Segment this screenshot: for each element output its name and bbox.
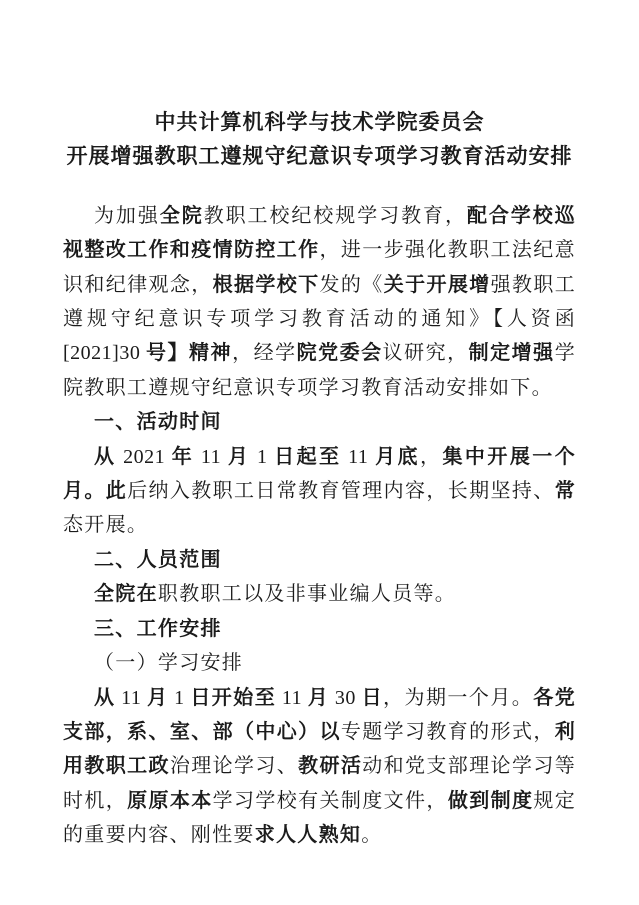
text-run: 二、人员范围: [94, 549, 222, 571]
text-run: 日开始至: [190, 687, 276, 709]
text-run: 1: [169, 687, 191, 709]
text-run: 11: [276, 687, 308, 709]
heading: 三、工作安排: [63, 612, 576, 646]
text-run: ，为期一个月。: [383, 687, 533, 709]
text-run: 议研究，: [383, 342, 469, 364]
text-run: 30: [329, 687, 361, 709]
text-run: 月: [308, 687, 329, 709]
text-run: 2021: [116, 446, 171, 468]
text-run: 教职工校纪校规学习教育，: [204, 205, 467, 227]
document-title-block: 中共计算机科学与技术学院委员会 开展增强教职工遵规守纪意识专项学习教育活动安排: [63, 106, 576, 175]
text-run: ，: [420, 446, 442, 468]
document-page: 中共计算机科学与技术学院委员会 开展增强教职工遵规守纪意识专项学习教育活动安排 …: [0, 0, 639, 905]
text-run: 月: [228, 446, 250, 468]
text-run: 做到制度: [448, 790, 534, 812]
text-run: 月底: [375, 446, 420, 468]
text-run: 一、活动时间: [94, 411, 222, 433]
paragraph: 全院在职教职工以及非事业编人员等。: [63, 577, 576, 611]
heading: 二、人员范围: [63, 543, 576, 577]
text-run: 从: [94, 687, 115, 709]
text-run: 根据学校下: [213, 274, 320, 296]
heading: 一、活动时间: [63, 405, 576, 439]
text-run: 号】精神: [146, 342, 232, 364]
text-run: 常: [555, 480, 576, 502]
text-run: ，经学: [232, 342, 297, 364]
text-run: 1: [250, 446, 274, 468]
text-run: 日起至: [274, 446, 341, 468]
text-run: 日: [362, 687, 383, 709]
text-run: 11: [115, 687, 147, 709]
text-run: 教研活: [298, 755, 362, 777]
text-run: 11: [341, 446, 375, 468]
text-run: 月: [147, 687, 168, 709]
text-run: [2021]30: [63, 342, 146, 364]
document-body: 为加强全院教职工校纪校规学习教育，配合学校巡视整改工作和疫情防控工作，进一步强化…: [63, 199, 576, 853]
paragraph: 为加强全院教职工校纪校规学习教育，配合学校巡视整改工作和疫情防控工作，进一步强化…: [63, 199, 576, 405]
text-run: 年: [172, 446, 194, 468]
text-run: 。: [361, 824, 382, 846]
doc-title-line-2: 开展增强教职工遵规守纪意识专项学习教育活动安排: [63, 140, 576, 174]
paragraph: 从 11 月 1 日开始至 11 月 30 日，为期一个月。各党支部，系、室、部…: [63, 681, 576, 853]
text-run: 职教职工以及非事业编人员等。: [158, 583, 456, 605]
doc-title-line-1: 中共计算机科学与技术学院委员会: [63, 106, 576, 140]
text-run: 治理论学习、: [170, 755, 298, 777]
text-run: 原原本本: [127, 790, 213, 812]
text-run: 从: [94, 446, 116, 468]
text-run: 全院: [160, 205, 204, 227]
text-run: 发的《: [320, 274, 384, 296]
text-run: 态开展。: [63, 514, 148, 536]
text-run: 后纳入教职工日常教育管理内容，长期坚持、: [127, 480, 555, 502]
text-run: （一）学习安排: [94, 652, 243, 674]
text-run: 为加强: [94, 205, 160, 227]
text-run: 学习学校有关制度文件，: [213, 790, 448, 812]
text-run: 院党委会: [297, 342, 383, 364]
text-run: 11: [194, 446, 228, 468]
text-run: 三、工作安排: [94, 618, 222, 640]
text-run: 制定增强: [469, 342, 555, 364]
paragraph: 从 2021 年 11 月 1 日起至 11 月底，集中开展一个月。此后纳入教职…: [63, 440, 576, 543]
text-run: 全院在: [94, 583, 158, 605]
text-run: 求人人熟知: [255, 824, 362, 846]
subheading: （一）学习安排: [63, 646, 576, 680]
text-run: 专题学习教育的形式，: [341, 721, 555, 743]
text-run: 关于开展增: [384, 274, 491, 296]
